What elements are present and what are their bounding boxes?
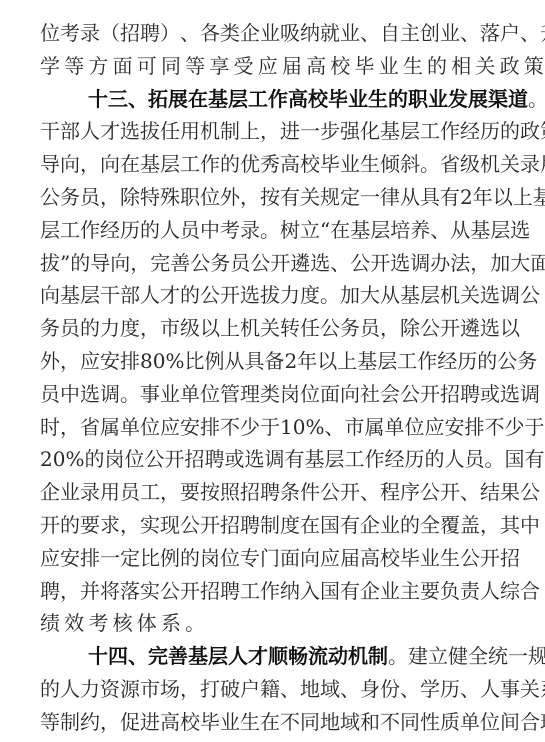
text-char: 份 [380, 673, 400, 706]
text-char: 校 [380, 542, 400, 575]
text-char: 毕 [354, 50, 374, 83]
text-char: 开 [180, 575, 200, 608]
text-char: 。 [484, 443, 504, 476]
heading-char: 基 [188, 640, 208, 673]
heading-char: 三 [108, 83, 128, 116]
text-char: 层 [80, 279, 100, 312]
text-char: 岗 [104, 443, 124, 476]
text-char: 核 [113, 607, 133, 640]
text-char: 规 [320, 181, 340, 214]
text-char: 干 [40, 115, 60, 148]
text-char: 会 [380, 378, 400, 411]
text-char: 类 [220, 17, 240, 50]
text-char: 作 [417, 345, 437, 378]
text-char: ， [260, 115, 280, 148]
text-char: 要 [180, 476, 200, 509]
text-char: 企 [240, 17, 260, 50]
text-char: 毕 [200, 706, 220, 739]
text-char: 例 [160, 542, 180, 575]
text-char: 比 [140, 542, 160, 575]
text-char: 一 [508, 640, 528, 673]
text-char: 不 [484, 411, 504, 444]
text-line: 开的要求，实现公开招聘制度在国有企业的全覆盖，其中 [40, 509, 520, 542]
text-char: 照 [220, 476, 240, 509]
text-char: 于 [524, 411, 544, 444]
heading-char: 在 [188, 83, 208, 116]
text-char: 员 [40, 378, 60, 411]
text-char: 录 [80, 476, 100, 509]
text-char: 。 [320, 279, 340, 312]
text-char: 向 [340, 378, 360, 411]
text-char: 考 [60, 17, 80, 50]
text-char: 基 [400, 279, 420, 312]
text-char: 关 [475, 50, 495, 83]
text-char: 备 [264, 345, 284, 378]
text-char: 或 [224, 443, 244, 476]
text-char: 定 [340, 181, 360, 214]
text-char: 招 [500, 542, 520, 575]
text-char: 公 [200, 279, 220, 312]
text-char: 选 [480, 312, 500, 345]
text-char: 专 [240, 542, 260, 575]
text-char: 聘 [204, 443, 224, 476]
text-char: 聘 [140, 17, 160, 50]
text-char: 开 [420, 378, 440, 411]
text-char: 面 [113, 50, 133, 83]
text-char: 向 [110, 247, 130, 280]
text-char: 律 [380, 181, 400, 214]
text-char: 程 [380, 476, 400, 509]
text-char: 合 [520, 575, 540, 608]
text-char: 加 [490, 247, 510, 280]
text-char: 件 [300, 476, 320, 509]
text-char: 聘 [240, 509, 260, 542]
text-char: 吸 [280, 17, 300, 50]
text-char: 基 [533, 181, 545, 214]
text-char: 养 [410, 214, 430, 247]
text-char: 应 [80, 345, 100, 378]
text-char: 结 [480, 476, 500, 509]
text-char: 经 [437, 345, 457, 378]
text-char: 步 [320, 115, 340, 148]
text-char: 业 [340, 17, 360, 50]
text-char: 面 [280, 542, 300, 575]
text-char: 位 [200, 181, 220, 214]
text-char: 同 [400, 706, 420, 739]
text-char: 务 [60, 181, 80, 214]
text-char: 面 [530, 247, 545, 280]
text-char: 国 [320, 575, 340, 608]
text-char: 公 [520, 279, 540, 312]
text-char: 省 [440, 148, 460, 181]
text-char: 力 [280, 279, 300, 312]
text-char: 特 [140, 181, 160, 214]
text-char: 秀 [260, 148, 280, 181]
text-char: 的 [427, 50, 447, 83]
text-char: 级 [460, 148, 480, 181]
text-char: 位 [480, 706, 500, 739]
text-char: 任 [300, 312, 320, 345]
text-char: 理 [240, 378, 260, 411]
text-char: 任 [160, 115, 180, 148]
text-char: 公 [520, 476, 540, 509]
text-line: 向基层干部人才的公开选拔力度。加大从基层机关选调公 [40, 279, 520, 312]
text-char: 中 [200, 214, 220, 247]
text-char: 享 [209, 50, 229, 83]
text-char: 等 [185, 50, 205, 83]
text-char: ） [160, 17, 180, 50]
text-char: 年 [297, 345, 317, 378]
text-char: 一 [360, 181, 380, 214]
text-char: 理 [540, 706, 545, 739]
text-char: 受 [234, 50, 254, 83]
text-char: 有 [280, 181, 300, 214]
text-char: 一 [300, 115, 320, 148]
text-char: 市 [140, 673, 160, 706]
text-char: ， [180, 673, 200, 706]
heading-char: 工 [248, 83, 268, 116]
text-char: 经 [460, 115, 480, 148]
text-char: 、 [460, 673, 480, 706]
text-char: （ [100, 17, 120, 50]
text-char: 公 [180, 509, 200, 542]
text-char: 员 [180, 214, 200, 247]
text-char: 工 [140, 476, 160, 509]
text-char: 现 [160, 509, 180, 542]
text-char: 在 [260, 706, 280, 739]
text-char: 人 [80, 115, 100, 148]
text-char: 机 [240, 312, 260, 345]
text-char: 籍 [260, 673, 280, 706]
text-char: 以 [200, 312, 220, 345]
text-line: 时，省属单位应安排不少于10%、市属单位应安排不少于 [40, 411, 520, 444]
text-line: 绩效考核体系。 [40, 607, 520, 640]
text-char: 盖 [460, 509, 480, 542]
heading-char: 制 [368, 640, 388, 673]
text-char: 基 [60, 279, 80, 312]
text-char: 全 [468, 640, 488, 673]
heading-char: 、 [128, 83, 148, 116]
text-char: 在 [330, 214, 350, 247]
text-char: 届 [340, 542, 360, 575]
text-char: 落 [120, 575, 140, 608]
text-char: 约 [80, 706, 100, 739]
text-char: 调 [264, 443, 284, 476]
text-char: 、 [430, 214, 450, 247]
text-char: 安 [180, 411, 200, 444]
text-char: 规 [528, 640, 545, 673]
text-char: 落 [480, 17, 500, 50]
text-char: 应 [40, 542, 60, 575]
heading-char: 作 [268, 83, 288, 116]
heading-char: 毕 [328, 83, 348, 116]
text-char: 负 [440, 575, 460, 608]
text-char: 域 [340, 706, 360, 739]
text-char: 开 [40, 509, 60, 542]
text-char: 或 [480, 378, 500, 411]
text-char: 届 [282, 50, 302, 83]
text-char: 生 [440, 542, 460, 575]
text-char: 的 [140, 214, 160, 247]
text-char: 排 [80, 542, 100, 575]
text-char: 自 [380, 17, 400, 50]
text-char: 。 [528, 83, 545, 116]
text-char: 的 [84, 443, 104, 476]
text-char: 进 [140, 706, 160, 739]
text-char: 以 [493, 181, 513, 214]
text-char: 历 [480, 115, 500, 148]
heading-char: 畅 [288, 640, 308, 673]
text-char: 2 [284, 345, 297, 378]
text-char: 学 [40, 50, 60, 83]
text-char: 场 [160, 673, 180, 706]
text-char: 选 [80, 378, 100, 411]
text-char: 责 [460, 575, 480, 608]
text-char: 事 [140, 378, 160, 411]
heading-char: 、 [128, 640, 148, 673]
text-char: 不 [280, 706, 300, 739]
text-char: 的 [180, 542, 200, 575]
text-char: ， [120, 509, 140, 542]
text-char: 关 [500, 148, 520, 181]
text-char: 员 [80, 181, 100, 214]
text-char: 层 [324, 443, 344, 476]
text-char: 面 [320, 378, 340, 411]
text-char: 人 [480, 673, 500, 706]
text-char: 员 [360, 312, 380, 345]
heading-char: 流 [308, 640, 328, 673]
text-char: 位 [300, 378, 320, 411]
text-char: 拔 [260, 279, 280, 312]
text-char: 策 [524, 50, 544, 83]
text-char: 位 [140, 411, 160, 444]
text-line: 员中选调。事业单位管理类岗位面向社会公开招聘或选调 [40, 378, 520, 411]
text-char: 建 [408, 640, 428, 673]
text-char: 不 [220, 411, 240, 444]
heading-char: 动 [328, 640, 348, 673]
text-char: 性 [420, 706, 440, 739]
text-char: ， [140, 312, 160, 345]
text-char: 系 [161, 607, 181, 640]
text-char: 录 [80, 17, 100, 50]
text-char: 作 [80, 214, 100, 247]
text-char: ， [80, 148, 100, 181]
text-char: 、 [460, 476, 480, 509]
text-char: 以 [317, 345, 337, 378]
text-char: 业 [379, 50, 399, 83]
heading-char: 发 [448, 83, 468, 116]
text-char: 作 [260, 575, 280, 608]
text-char: 覆 [440, 509, 460, 542]
text-char: 业 [420, 542, 440, 575]
text-char: 进 [280, 115, 300, 148]
text-char: 选 [500, 378, 520, 411]
text-char: 生 [403, 50, 423, 83]
text-char: 80% [140, 345, 184, 378]
text-char: 关 [460, 279, 480, 312]
text-char: 除 [400, 312, 420, 345]
text-char: 开 [340, 476, 360, 509]
text-char: 业 [260, 17, 280, 50]
text-char: 大 [510, 247, 530, 280]
text-char: 毕 [320, 148, 340, 181]
text-char: 斜 [400, 148, 420, 181]
text-char: 排 [464, 411, 484, 444]
text-char: 质 [440, 706, 460, 739]
text-char: 属 [100, 411, 120, 444]
text-char: 公 [160, 575, 180, 608]
text-char: 开 [370, 247, 390, 280]
text-char: 开 [270, 247, 290, 280]
text-char: 上 [240, 115, 260, 148]
text-char: 员 [60, 312, 80, 345]
text-char: 层 [377, 345, 397, 378]
text-char: 公 [144, 443, 164, 476]
text-char: 招 [200, 575, 220, 608]
text-char: 完 [150, 247, 170, 280]
text-char: ， [60, 345, 80, 378]
text-char: 度 [300, 279, 320, 312]
heading-char: 高 [288, 83, 308, 116]
text-char: 学 [420, 673, 440, 706]
heading-char: 才 [248, 640, 268, 673]
text-char: 省 [80, 411, 100, 444]
text-char: 层 [40, 214, 60, 247]
text-char: 公 [190, 247, 210, 280]
text-char: 。 [420, 148, 440, 181]
text-char: 各 [200, 17, 220, 50]
text-char: 的 [80, 312, 100, 345]
text-char: 10% [280, 411, 324, 444]
text-char: 人 [480, 575, 500, 608]
text-char: 层 [400, 115, 420, 148]
text-char: 要 [80, 509, 100, 542]
text-char: 业 [60, 476, 80, 509]
text-line: 等制约，促进高校毕业生在不同地域和不同性质单位间合理 [40, 706, 520, 739]
text-line: 学等方面可同等享受应届高校毕业生的相关政策。 [40, 50, 520, 83]
text-char: 选 [240, 279, 260, 312]
text-char: ， [470, 247, 490, 280]
text-line: 位考录（招聘）、各类企业吸纳就业、自主创业、落户、升 [40, 17, 520, 50]
text-char: 校 [330, 50, 350, 83]
text-line: 外，应安排80%比例从具备2年以上基层工作经历的公务 [40, 345, 520, 378]
text-char: 同 [300, 706, 320, 739]
text-char: 和 [360, 706, 380, 739]
text-char: 系 [540, 673, 545, 706]
text-char: 全 [420, 509, 440, 542]
text-char: 用 [100, 476, 120, 509]
text-char: 升 [540, 17, 545, 50]
text-char: 综 [500, 575, 520, 608]
text-char: 。 [185, 607, 205, 640]
text-char: 选 [480, 279, 500, 312]
text-char: 业 [340, 148, 360, 181]
text-char: 公 [350, 247, 370, 280]
text-char: 员 [230, 247, 250, 280]
text-char: 安 [60, 542, 80, 575]
text-char: 策 [540, 115, 545, 148]
text-char: 、 [360, 17, 380, 50]
text-char: 比 [184, 345, 204, 378]
text-line: 企业录用员工，要按照招聘条件公开、程序公开、结果公 [40, 476, 520, 509]
text-char: ， [480, 509, 500, 542]
text-char: 、 [460, 17, 480, 50]
text-char: 在 [300, 509, 320, 542]
text-char: 招 [184, 443, 204, 476]
heading-char: 生 [368, 83, 388, 116]
text-char: 招 [440, 378, 460, 411]
text-char: 主 [400, 575, 420, 608]
text-line: 的人力资源市场，打破户籍、地域、身份、学历、人事关系 [40, 673, 520, 706]
text-line: 层工作经历的人员中考录。树立“在基层培养、从基层选 [40, 214, 520, 247]
text-char: 企 [360, 509, 380, 542]
text-char: 人 [160, 214, 180, 247]
text-char: 高 [160, 706, 180, 739]
text-char: 务 [340, 312, 360, 345]
text-char: 中 [60, 378, 80, 411]
text-char: 单 [180, 378, 200, 411]
heading-char: 完 [148, 640, 168, 673]
text-char: 调 [100, 378, 120, 411]
text-char: 源 [120, 673, 140, 706]
text-char: 导 [90, 247, 110, 280]
text-line: 导向，向在基层工作的优秀高校毕业生倾斜。省级机关录用 [40, 148, 520, 181]
text-char: 打 [200, 673, 220, 706]
text-char: 用 [180, 115, 200, 148]
text-char: 按 [200, 476, 220, 509]
text-char: 干 [100, 279, 120, 312]
text-char: 层 [420, 279, 440, 312]
text-char: 公 [460, 542, 480, 575]
text-char: 求 [100, 509, 120, 542]
text-char: 选 [390, 247, 410, 280]
text-char: 录 [520, 148, 540, 181]
text-char: 聘 [40, 575, 60, 608]
text-char: 地 [320, 706, 340, 739]
text-char: 遴 [460, 312, 480, 345]
text-char: 入 [300, 575, 320, 608]
text-char: ， [380, 312, 400, 345]
text-char: 域 [320, 673, 340, 706]
text-char: ， [60, 411, 80, 444]
text-char: 向 [300, 542, 320, 575]
text-char: 的 [70, 247, 90, 280]
text-char: 聘 [260, 476, 280, 509]
text-char: 的 [400, 509, 420, 542]
text-char: 、 [324, 411, 344, 444]
document-page: 位考录（招聘）、各类企业吸纳就业、自主创业、落户、升学等方面可同等享受应届高校毕… [40, 17, 520, 739]
text-char: 公 [497, 345, 517, 378]
text-char: 应 [160, 411, 180, 444]
text-char: 强 [340, 115, 360, 148]
text-char: 排 [120, 345, 140, 378]
text-char: ， [100, 706, 120, 739]
text-char: 业 [220, 706, 240, 739]
text-char: 位 [200, 378, 220, 411]
text-char: 就 [320, 17, 340, 50]
text-char: 优 [240, 148, 260, 181]
text-char: 除 [120, 181, 140, 214]
heading-char: 的 [388, 83, 408, 116]
text-char: 企 [360, 575, 380, 608]
text-char: 用 [540, 148, 545, 181]
text-char: 安 [444, 411, 464, 444]
heading-char: 十 [88, 640, 108, 673]
text-char: 时 [40, 411, 60, 444]
text-char: 少 [504, 411, 524, 444]
text-char: 法 [450, 247, 470, 280]
text-char: 公 [40, 181, 60, 214]
